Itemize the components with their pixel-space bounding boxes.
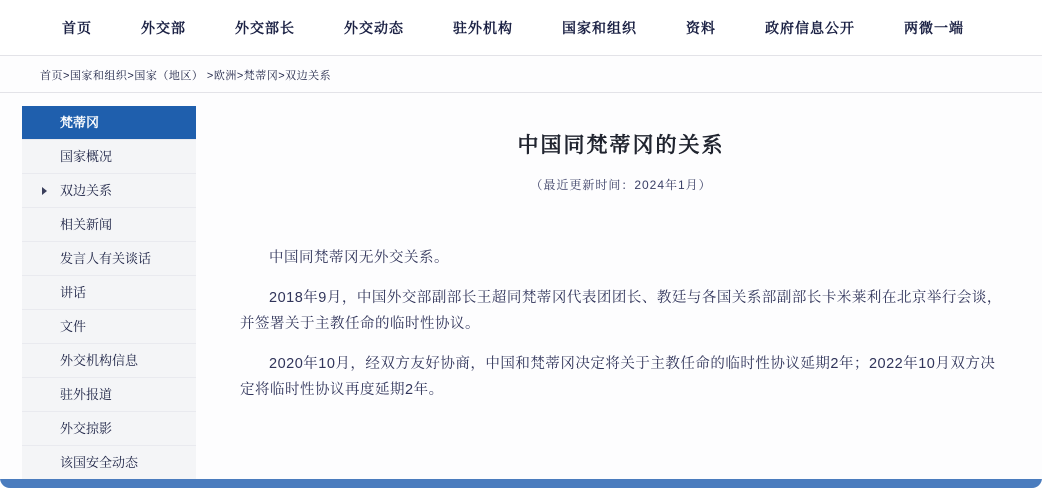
- sidebar-item-diplomatic-snapshots[interactable]: 外交掠影: [22, 412, 196, 446]
- sidebar-item-label: 梵蒂冈: [60, 115, 99, 130]
- sidebar-item-diplomatic-mission-info[interactable]: 外交机构信息: [22, 344, 196, 378]
- sidebar-item-label: 双边关系: [60, 183, 112, 198]
- nav-item-missions-abroad[interactable]: 驻外机构: [453, 18, 513, 38]
- page-container: 首页 外交部 外交部长 外交动态 驻外机构 国家和组织 资料 政府信息公开 两微…: [0, 0, 1042, 488]
- sidebar-item-label: 讲话: [60, 285, 86, 300]
- nav-item-social-media[interactable]: 两微一端: [904, 18, 964, 38]
- sidebar-item-label: 发言人有关谈话: [60, 251, 151, 266]
- footer-bar: [0, 479, 1042, 488]
- sidebar-item-reports-from-abroad[interactable]: 驻外报道: [22, 378, 196, 412]
- last-updated-note: （最近更新时间：2024年1月）: [240, 176, 1002, 193]
- sidebar-item-security-updates[interactable]: 该国安全动态: [22, 446, 196, 480]
- article-paragraph: 2020年10月，经双方友好协商，中国和梵蒂冈决定将关于主教任命的临时性协议延期…: [240, 351, 1002, 403]
- article-paragraph: 中国同梵蒂冈无外交关系。: [240, 245, 1002, 271]
- nav-item-foreign-minister[interactable]: 外交部长: [235, 18, 295, 38]
- article-content: 中国同梵蒂冈的关系 （最近更新时间：2024年1月） 中国同梵蒂冈无外交关系。 …: [196, 93, 1042, 417]
- sidebar-item-related-news[interactable]: 相关新闻: [22, 208, 196, 242]
- nav-item-diplomatic-news[interactable]: 外交动态: [344, 18, 404, 38]
- sidebar-item-spokesperson-remarks[interactable]: 发言人有关谈话: [22, 242, 196, 276]
- sidebar-item-label: 外交掠影: [60, 421, 112, 436]
- nav-item-gov-info[interactable]: 政府信息公开: [765, 18, 855, 38]
- sidebar-item-bilateral-relations[interactable]: 双边关系: [22, 174, 196, 208]
- sidebar-menu: 梵蒂冈 国家概况 双边关系 相关新闻 发言人有关谈话 讲话 文件 外交机构信息 …: [22, 106, 196, 480]
- nav-item-resources[interactable]: 资料: [686, 18, 716, 38]
- sidebar-item-label: 该国安全动态: [60, 455, 138, 470]
- sidebar-item-documents[interactable]: 文件: [22, 310, 196, 344]
- page-title: 中国同梵蒂冈的关系: [240, 129, 1002, 159]
- breadcrumb-bar: 首页>国家和组织>国家（地区） >欧洲>梵蒂冈>双边关系: [0, 56, 1042, 93]
- nav-item-home[interactable]: 首页: [62, 18, 92, 38]
- nav-item-countries-orgs[interactable]: 国家和组织: [562, 18, 637, 38]
- sidebar-item-country-overview[interactable]: 国家概况: [22, 140, 196, 174]
- sidebar-item-label: 相关新闻: [60, 217, 112, 232]
- sidebar-item-label: 国家概况: [60, 149, 112, 164]
- nav-item-mfa[interactable]: 外交部: [141, 18, 186, 38]
- article-body: 中国同梵蒂冈无外交关系。 2018年9月，中国外交部副部长王超同梵蒂冈代表团团长…: [240, 245, 1002, 403]
- arrow-right-icon: [42, 187, 47, 195]
- article-paragraph: 2018年9月，中国外交部副部长王超同梵蒂冈代表团团长、教廷与各国关系部副部长卡…: [240, 285, 1002, 337]
- sidebar-item-speeches[interactable]: 讲话: [22, 276, 196, 310]
- main-area: 梵蒂冈 国家概况 双边关系 相关新闻 发言人有关谈话 讲话 文件 外交机构信息 …: [0, 93, 1042, 480]
- breadcrumb[interactable]: 首页>国家和组织>国家（地区） >欧洲>梵蒂冈>双边关系: [40, 67, 1042, 83]
- sidebar-item-label: 外交机构信息: [60, 353, 138, 368]
- sidebar-item-label: 驻外报道: [60, 387, 112, 402]
- sidebar-item-label: 文件: [60, 319, 86, 334]
- top-navigation: 首页 外交部 外交部长 外交动态 驻外机构 国家和组织 资料 政府信息公开 两微…: [0, 0, 1042, 56]
- sidebar-item-vatican[interactable]: 梵蒂冈: [22, 106, 196, 140]
